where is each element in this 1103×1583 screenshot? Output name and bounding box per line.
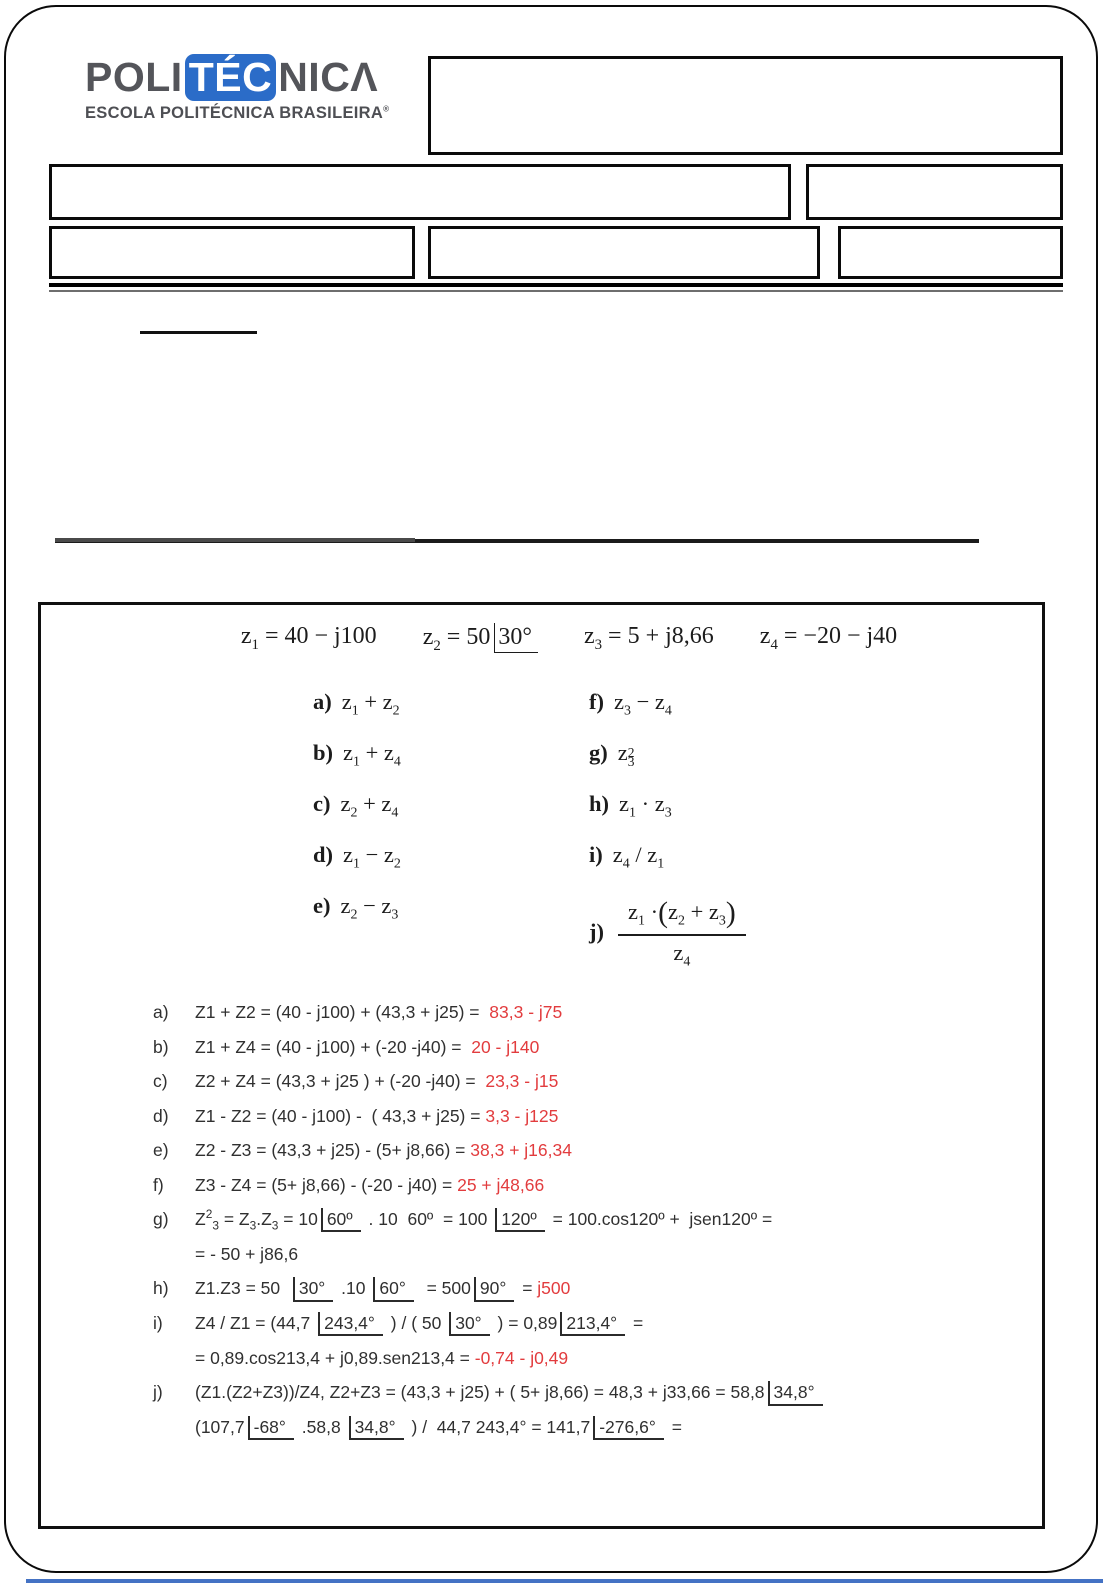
answer-label: f)	[153, 1175, 195, 1196]
angle-notation: 30°	[293, 1277, 333, 1301]
answer-label: a)	[153, 1002, 195, 1023]
answer-content: Z2 - Z3 = (43,3 + j25) - (5+ j8,66) = 38…	[195, 1137, 1033, 1163]
subscript: 1	[353, 755, 360, 770]
angle-notation: 30°	[494, 623, 538, 653]
answer-content: Z1 + Z4 = (40 - j100) + (-20 -j40) = 20 …	[195, 1034, 1033, 1060]
text-run: z	[628, 899, 638, 924]
form-box-row2-right	[806, 164, 1063, 220]
text-run: = 100.cos120º + jsen120º =	[548, 1209, 772, 1229]
answer-label: e)	[153, 1140, 195, 1161]
text-run: + z	[357, 791, 391, 816]
text-run: + z	[360, 740, 394, 765]
exercise-item: c)z2 + z4	[313, 791, 401, 842]
answer-label: d)	[153, 1106, 195, 1127]
header-box	[428, 56, 1063, 155]
angle-notation: -276,6°	[593, 1416, 664, 1440]
subscript: 1	[353, 857, 360, 872]
exercise-label: j)	[589, 919, 604, 945]
exercise-label: i)	[589, 842, 603, 868]
logo-subtitle-text: ESCOLA POLITÉCNICA BRASILEIRA	[85, 104, 383, 122]
subscript: 1	[638, 914, 645, 929]
text-run: Z2 - Z3 = (43,3 + j25) - (5+ j8,66) =	[195, 1140, 470, 1160]
text-run: = 50	[441, 624, 491, 650]
text-run: .58,8	[297, 1417, 346, 1437]
text-run: = 0,89.cos213,4 + j0,89.sen213,4 =	[195, 1348, 475, 1368]
answer-line: j)(Z1.(Z2+Z3))/Z4, Z2+Z3 = (43,3 + j25) …	[153, 1379, 1033, 1405]
angle-notation: 90°	[474, 1277, 514, 1301]
text-run: z	[343, 740, 353, 765]
text-run: Z3 - Z4 = (5+ j8,66) - (-20 - j40) =	[195, 1175, 457, 1195]
text-run: = - 50 + j86,6	[195, 1244, 298, 1264]
answer-value-red: 83,3 - j75	[489, 1002, 562, 1022]
exercise-item: i)z4 / z1	[589, 842, 746, 893]
text-run: z	[340, 893, 350, 918]
answers-list: a)Z1 + Z2 = (40 - j100) + (43,3 + j25) =…	[153, 999, 1033, 1449]
subscript: 2	[433, 638, 440, 654]
text-run: Z1 + Z2 = (40 - j100) + (43,3 + j25) =	[195, 1002, 489, 1022]
answer-line: = 0,89.cos213,4 + j0,89.sen213,4 = -0,74…	[153, 1345, 1033, 1371]
subscript: 4	[623, 857, 630, 872]
subscript: 2	[678, 914, 685, 929]
text-run: z	[760, 623, 771, 649]
text-run: =	[517, 1278, 537, 1298]
text-run: (Z1.(Z2+Z3))/Z4, Z2+Z3 = (43,3 + j25) + …	[195, 1382, 765, 1402]
answer-label: h)	[153, 1278, 195, 1299]
text-run: = 5 + j8,66	[602, 623, 714, 649]
given-equation: z1 = 40 − j100	[241, 623, 377, 653]
answer-label: j)	[153, 1382, 195, 1403]
subscript: 1	[629, 806, 636, 821]
exercise-label: c)	[313, 791, 330, 817]
text-run: Z1 + Z4 = (40 - j100) + (-20 -j40) =	[195, 1037, 471, 1057]
angle-notation: 120º	[495, 1208, 545, 1232]
answer-content: Z3 - Z4 = (5+ j8,66) - (-20 - j40) = 25 …	[195, 1172, 1033, 1198]
exercise-item: j)z1 ·(z2 + z3)z4	[589, 897, 746, 966]
text-run: z	[673, 940, 683, 965]
answer-value-red: 25 + j48,66	[457, 1175, 544, 1195]
text-run: ) / 44,7 243,4° = 141,7	[407, 1417, 591, 1437]
answer-value-red: 38,3 + j16,34	[470, 1140, 572, 1160]
text-run: = 500	[417, 1278, 471, 1298]
double-divider-line	[49, 283, 1063, 292]
logo-text-pre: POLI	[85, 54, 183, 100]
subscript: 4	[770, 637, 777, 653]
answer-label: i)	[153, 1313, 195, 1334]
exercise-item: e)z2 − z3	[313, 893, 401, 944]
answer-content: Z1 - Z2 = (40 - j100) - ( 43,3 + j25) = …	[195, 1103, 1033, 1129]
answer-content: (107,7-68° .58,8 34,8° ) / 44,7 243,4° =…	[195, 1414, 1033, 1440]
subscript: 3	[391, 908, 398, 923]
exercise-item: h)z1 · z3	[589, 791, 746, 842]
text-run: + z	[359, 689, 393, 714]
text-run: Z4 / Z1 = (44,7	[195, 1313, 315, 1333]
tall-paren: (	[658, 897, 668, 929]
school-logo: POLITÉCNICΛ ESCOLA POLITÉCNICA BRASILEIR…	[85, 56, 389, 123]
answer-content: Z1 + Z2 = (40 - j100) + (43,3 + j25) = 8…	[195, 999, 1033, 1025]
exercise-list-left: a)z1 + z2b)z1 + z4c)z2 + z4d)z1 − z2e)z2…	[313, 689, 401, 944]
subscript: 3	[719, 914, 726, 929]
subscript: 1	[252, 637, 259, 653]
exercise-label: d)	[313, 842, 333, 868]
answer-value-red: 20 - j140	[471, 1037, 539, 1057]
logo-highlight-box: TÉC	[185, 54, 277, 101]
text-run: . 10 60º = 100	[364, 1209, 493, 1229]
answer-content: (Z1.(Z2+Z3))/Z4, Z2+Z3 = (43,3 + j25) + …	[195, 1379, 1033, 1405]
text-run: · z	[636, 791, 665, 816]
stacked-sup-sub: 23	[628, 749, 635, 767]
registered-mark: ®	[383, 105, 389, 114]
text-run: − z	[357, 893, 391, 918]
angle-notation: 243,4°	[318, 1312, 383, 1336]
exercise-item: f)z3 − z4	[589, 689, 746, 740]
text-run: Z1.Z3 = 50	[195, 1278, 290, 1298]
subscript: 3	[665, 806, 672, 821]
text-run: z	[668, 899, 678, 924]
answer-content: Z23 = Z3.Z3 = 1060º . 10 60º = 100 120º …	[195, 1206, 1033, 1232]
mid-page-divider-overlay	[55, 538, 415, 542]
logo-text-post: NICΛ	[278, 54, 378, 100]
exercise-item: a)z1 + z2	[313, 689, 401, 740]
answer-line: e)Z2 - Z3 = (43,3 + j25) - (5+ j8,66) = …	[153, 1137, 1033, 1163]
form-box-row3-right	[838, 226, 1063, 279]
text-run: = Z	[219, 1209, 250, 1229]
text-run: .10	[336, 1278, 370, 1298]
text-run: z	[340, 791, 350, 816]
text-run: + z	[685, 899, 719, 924]
answer-line: d)Z1 - Z2 = (40 - j100) - ( 43,3 + j25) …	[153, 1103, 1033, 1129]
exercise-label: a)	[313, 689, 332, 715]
text-run: Z	[195, 1209, 206, 1229]
subscript: 4	[665, 704, 672, 719]
exercise-item: g)z23	[589, 740, 746, 791]
answer-content: Z2 + Z4 = (43,3 + j25 ) + (-20 -j40) = 2…	[195, 1068, 1033, 1094]
subscript: 2	[393, 704, 400, 719]
text-run: z	[343, 842, 353, 867]
short-underline	[140, 331, 257, 334]
text-run: = −20 − j40	[778, 623, 897, 649]
answer-line: b)Z1 + Z4 = (40 - j100) + (-20 -j40) = 2…	[153, 1034, 1033, 1060]
exercise-item: d)z1 − z2	[313, 842, 401, 893]
angle-notation: 34,8°	[349, 1416, 404, 1440]
text-run: z	[241, 623, 252, 649]
exercise-item: b)z1 + z4	[313, 740, 401, 791]
fraction: z1 ·(z2 + z3)z4	[618, 897, 746, 966]
exercise-label: f)	[589, 689, 604, 715]
text-run: / z	[630, 842, 658, 867]
text-run: ·	[645, 899, 658, 924]
text-run: ) = 0,89	[493, 1313, 558, 1333]
given-equation: z3 = 5 + j8,66	[584, 623, 714, 653]
text-run: Z2 + Z4 = (43,3 + j25 ) + (-20 -j40) =	[195, 1071, 485, 1091]
text-run: − z	[631, 689, 665, 714]
answer-line: c)Z2 + Z4 = (43,3 + j25 ) + (-20 -j40) =…	[153, 1068, 1033, 1094]
text-run: z	[614, 689, 624, 714]
text-run: z	[613, 842, 623, 867]
answer-value-red: 23,3 - j15	[485, 1071, 558, 1091]
answer-label: g)	[153, 1209, 195, 1230]
text-run: ) / ( 50	[386, 1313, 446, 1333]
tall-paren: )	[726, 897, 736, 929]
form-box-row3-middle	[428, 226, 820, 279]
subscript: 3	[212, 1219, 219, 1233]
bottom-blue-line	[26, 1579, 1103, 1583]
logo-subtitle: ESCOLA POLITÉCNICA BRASILEIRA®	[85, 104, 389, 123]
angle-notation: 213,4°	[560, 1312, 625, 1336]
form-box-row3-left	[49, 226, 415, 279]
exercise-label: g)	[589, 740, 608, 766]
angle-notation: 30°	[449, 1312, 489, 1336]
answer-value-red: 3,3 - j125	[485, 1106, 558, 1126]
angle-notation: 60º	[321, 1208, 361, 1232]
given-equation: z2 = 5030°	[423, 623, 538, 653]
subscript: 3	[624, 704, 631, 719]
given-equation: z4 = −20 − j40	[760, 623, 897, 653]
subscript: 1	[657, 857, 664, 872]
text-run: =	[667, 1417, 682, 1437]
exercise-label: b)	[313, 740, 333, 766]
text-run: = 40 − j100	[259, 623, 377, 649]
subscript: 1	[352, 704, 359, 719]
text-run: − z	[360, 842, 394, 867]
text-run: .Z	[256, 1209, 272, 1229]
subscript: 4	[683, 955, 690, 970]
answer-line: = - 50 + j86,6	[153, 1241, 1033, 1267]
answer-value-red: j500	[537, 1278, 570, 1298]
text-run: z	[619, 791, 629, 816]
answer-label: b)	[153, 1037, 195, 1058]
exercise-list-right: f)z3 − z4g)z23h)z1 · z3i)z4 / z1j)z1 ·(z…	[589, 689, 746, 966]
answer-line: f)Z3 - Z4 = (5+ j8,66) - (-20 - j40) = 2…	[153, 1172, 1033, 1198]
answer-content: = - 50 + j86,6	[195, 1241, 1033, 1267]
text-run: z	[584, 623, 595, 649]
answer-content: Z4 / Z1 = (44,7 243,4° ) / ( 50 30° ) = …	[195, 1310, 1033, 1336]
text-run: z	[618, 740, 628, 765]
answer-line: g)Z23 = Z3.Z3 = 1060º . 10 60º = 100 120…	[153, 1206, 1033, 1232]
angle-notation: -68°	[248, 1416, 294, 1440]
exercise-content-box: z1 = 40 − j100z2 = 5030°z3 = 5 + j8,66z4…	[38, 602, 1045, 1529]
answer-label: c)	[153, 1071, 195, 1092]
text-run: =	[628, 1313, 643, 1333]
angle-notation: 60°	[373, 1277, 413, 1301]
answer-content: = 0,89.cos213,4 + j0,89.sen213,4 = -0,74…	[195, 1345, 1033, 1371]
subscript: 2	[394, 857, 401, 872]
subscript: 4	[391, 806, 398, 821]
answer-line: (107,7-68° .58,8 34,8° ) / 44,7 243,4° =…	[153, 1414, 1033, 1440]
answer-content: Z1.Z3 = 50 30° .10 60° = 50090° = j500	[195, 1275, 1033, 1301]
exercise-label: e)	[313, 893, 330, 919]
subscript: 4	[394, 755, 401, 770]
given-equations: z1 = 40 − j100z2 = 5030°z3 = 5 + j8,66z4…	[41, 623, 1042, 653]
text-run: = 10	[278, 1209, 317, 1229]
logo-wordmark: POLITÉCNICΛ	[85, 56, 389, 99]
answer-value-red: -0,74 - j0,49	[475, 1348, 568, 1368]
exercise-label: h)	[589, 791, 609, 817]
text-run: Z1 - Z2 = (40 - j100) - ( 43,3 + j25) =	[195, 1106, 485, 1126]
answer-line: i)Z4 / Z1 = (44,7 243,4° ) / ( 50 30° ) …	[153, 1310, 1033, 1336]
text-run: z	[342, 689, 352, 714]
form-box-row2-left	[49, 164, 791, 220]
text-run: z	[423, 624, 434, 650]
answer-line: h)Z1.Z3 = 50 30° .10 60° = 50090° = j500	[153, 1275, 1033, 1301]
angle-notation: 34,8°	[768, 1381, 823, 1405]
subscript: 3	[595, 637, 602, 653]
text-run: (107,7	[195, 1417, 245, 1437]
scanned-worksheet-page: { "page": { "bottom_line_color": "#4472c…	[0, 0, 1103, 1583]
answer-line: a)Z1 + Z2 = (40 - j100) + (43,3 + j25) =…	[153, 999, 1033, 1025]
